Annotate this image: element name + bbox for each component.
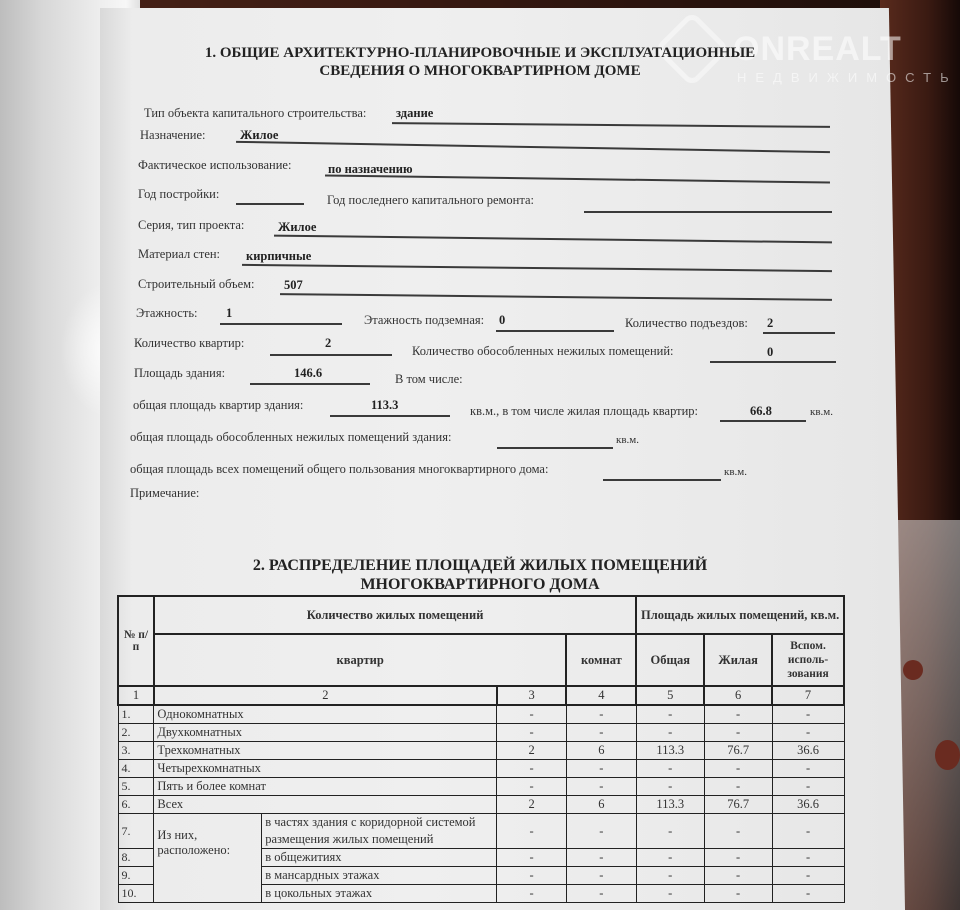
apartments-label: Количество квартир: <box>134 336 244 351</box>
cell-living: - <box>704 760 772 778</box>
cell-apts: - <box>497 778 567 796</box>
non-res-area-field <box>497 447 613 449</box>
row-name: Однокомнатных <box>154 705 497 724</box>
apartments-area-label: общая площадь квартир здания: <box>133 398 303 413</box>
cell-total: - <box>636 760 704 778</box>
header-num: № п/п <box>118 596 154 686</box>
row-number: 1. <box>118 705 154 724</box>
section1-title-line1: 1. ОБЩИЕ АРХИТЕКТУРНО-ПЛАНИРОВОЧНЫЕ И ЭК… <box>150 44 810 62</box>
cell-apts: - <box>497 724 567 742</box>
living-area-label: кв.м., в том числе жилая площадь квартир… <box>470 404 698 419</box>
cell-rooms: - <box>566 778 636 796</box>
table-row: 5.Пять и более комнат----- <box>118 778 844 796</box>
row-number: 6. <box>118 796 154 814</box>
common-area-unit: кв.м. <box>724 466 747 478</box>
row-number: 9. <box>118 867 154 885</box>
non-residential-value: 0 <box>767 345 773 360</box>
row-number: 4. <box>118 760 154 778</box>
cell-apts: - <box>497 705 567 724</box>
last-repair-label: Год последнего капитального ремонта: <box>327 193 534 208</box>
col-num: 6 <box>704 686 772 705</box>
header-total: Общая <box>636 634 704 686</box>
header-aux: Вспом. исполь-зования <box>772 634 844 686</box>
row-name: в мансардных этажах <box>262 867 497 885</box>
col-num: 2 <box>154 686 497 705</box>
building-area-value: 146.6 <box>294 366 322 381</box>
cell-rooms: - <box>566 867 636 885</box>
cell-living: 76.7 <box>704 796 772 814</box>
header-apartments: квартир <box>154 634 567 686</box>
row-number: 10. <box>118 885 154 903</box>
common-area-label: общая площадь всех помещений общего поль… <box>130 462 548 477</box>
row-name: в общежитиях <box>262 849 497 867</box>
non-res-area-label: общая площадь обособленных нежилых помещ… <box>130 430 451 445</box>
cell-aux: - <box>772 885 844 903</box>
cell-living: 76.7 <box>704 742 772 760</box>
build-year-field <box>236 203 304 205</box>
table-row: 6.Всех26113.376.736.6 <box>118 796 844 814</box>
common-area-field <box>603 479 721 481</box>
col-num: 4 <box>566 686 636 705</box>
cell-aux: - <box>772 724 844 742</box>
section2-title-line1: 2. РАСПРЕДЕЛЕНИЕ ПЛОЩАДЕЙ ЖИЛЫХ ПОМЕЩЕНИ… <box>200 556 760 575</box>
col-num: 7 <box>772 686 844 705</box>
cell-apts: - <box>497 885 567 903</box>
table-row: 7.Из них, расположено:в частях здания с … <box>118 814 844 849</box>
table-row: 3.Трехкомнатных26113.376.736.6 <box>118 742 844 760</box>
living-area-value: 66.8 <box>750 404 772 419</box>
series-label: Серия, тип проекта: <box>138 218 244 233</box>
apartments-value: 2 <box>325 336 331 351</box>
entrances-label: Количество подъездов: <box>625 316 748 331</box>
cell-living: - <box>704 867 772 885</box>
building-area-label: Площадь здания: <box>134 366 225 381</box>
non-residential-label: Количество обособленных нежилых помещени… <box>412 344 673 359</box>
underline <box>220 323 342 325</box>
cell-rooms: - <box>566 885 636 903</box>
cell-apts: - <box>497 760 567 778</box>
row-number: 2. <box>118 724 154 742</box>
volume-label: Строительный объем: <box>138 277 255 292</box>
cell-rooms: - <box>566 724 636 742</box>
cell-total: - <box>636 885 704 903</box>
non-res-area-unit: кв.м. <box>616 434 639 446</box>
cell-apts: 2 <box>497 796 567 814</box>
header-rooms: комнат <box>566 634 636 686</box>
section1-title: 1. ОБЩИЕ АРХИТЕКТУРНО-ПЛАНИРОВОЧНЫЕ И ЭК… <box>150 44 810 80</box>
header-count-group: Количество жилых помещений <box>154 596 636 634</box>
cell-aux: - <box>772 867 844 885</box>
including-label: В том числе: <box>395 372 463 387</box>
cell-living: - <box>704 814 772 849</box>
underline <box>270 354 392 356</box>
cell-total: - <box>636 705 704 724</box>
section2-title-line2: МНОГОКВАРТИРНОГО ДОМА <box>200 575 760 594</box>
area-distribution-table: № п/п Количество жилых помещений Площадь… <box>117 595 845 903</box>
underground-floors-label: Этажность подземная: <box>364 313 484 328</box>
row-name: Четырехкомнатных <box>154 760 497 778</box>
cell-aux: - <box>772 705 844 724</box>
punch-hole <box>903 660 923 680</box>
cell-total: - <box>636 849 704 867</box>
volume-value: 507 <box>284 278 303 293</box>
cell-apts: 2 <box>497 742 567 760</box>
cell-aux: - <box>772 814 844 849</box>
located-label: Из них, расположено: <box>154 814 262 903</box>
wall-material-value: кирпичные <box>246 249 311 264</box>
object-type-value: здание <box>396 106 433 121</box>
cell-living: - <box>704 724 772 742</box>
underline <box>763 332 835 334</box>
cell-total: - <box>636 778 704 796</box>
col-num: 5 <box>636 686 704 705</box>
cell-rooms: - <box>566 849 636 867</box>
living-area-unit: кв.м. <box>810 406 833 418</box>
cell-apts: - <box>497 867 567 885</box>
cell-aux: 36.6 <box>772 796 844 814</box>
underline <box>710 361 836 363</box>
cell-rooms: - <box>566 760 636 778</box>
cell-apts: - <box>497 849 567 867</box>
table-row: 1.Однокомнатных----- <box>118 705 844 724</box>
section1-title-line2: СВЕДЕНИЯ О МНОГОКВАРТИРНОМ ДОМЕ <box>150 62 810 80</box>
row-number: 5. <box>118 778 154 796</box>
header-area-group: Площадь жилых помещений, кв.м. <box>636 596 844 634</box>
cell-total: - <box>636 814 704 849</box>
cell-living: - <box>704 778 772 796</box>
row-name: в цокольных этажах <box>262 885 497 903</box>
underline <box>496 330 614 332</box>
floors-value: 1 <box>226 306 232 321</box>
underline <box>720 420 806 422</box>
series-value: Жилое <box>278 220 316 235</box>
column-numbers-row: 1 2 3 4 5 6 7 <box>118 686 844 705</box>
row-name: Всех <box>154 796 497 814</box>
col-num: 1 <box>118 686 154 705</box>
cell-aux: - <box>772 760 844 778</box>
row-number: 8. <box>118 849 154 867</box>
object-type-label: Тип объекта капитального строительства: <box>144 106 366 121</box>
cell-total: 113.3 <box>636 742 704 760</box>
cell-apts: - <box>497 814 567 849</box>
cell-total: - <box>636 724 704 742</box>
note-label: Примечание: <box>130 486 199 501</box>
cell-living: - <box>704 885 772 903</box>
entrances-value: 2 <box>767 316 773 331</box>
cell-total: - <box>636 867 704 885</box>
cell-rooms: - <box>566 814 636 849</box>
last-repair-field <box>584 211 832 213</box>
table-row: 2.Двухкомнатных----- <box>118 724 844 742</box>
underline <box>250 383 370 385</box>
header-living: Жилая <box>704 634 772 686</box>
row-number: 3. <box>118 742 154 760</box>
cell-aux: - <box>772 849 844 867</box>
purpose-label: Назначение: <box>140 128 206 143</box>
apartments-area-value: 113.3 <box>371 398 398 413</box>
row-name: Пять и более комнат <box>154 778 497 796</box>
cell-living: - <box>704 705 772 724</box>
cell-aux: - <box>772 778 844 796</box>
cell-rooms: - <box>566 705 636 724</box>
wall-material-label: Материал стен: <box>138 247 220 262</box>
actual-use-label: Фактическое использование: <box>138 158 291 173</box>
build-year-label: Год постройки: <box>138 187 219 202</box>
table-row: 4.Четырехкомнатных----- <box>118 760 844 778</box>
row-number: 7. <box>118 814 154 849</box>
section2-title: 2. РАСПРЕДЕЛЕНИЕ ПЛОЩАДЕЙ ЖИЛЫХ ПОМЕЩЕНИ… <box>200 556 760 594</box>
row-name: Двухкомнатных <box>154 724 497 742</box>
floors-label: Этажность: <box>136 306 198 321</box>
cell-rooms: 6 <box>566 796 636 814</box>
cell-total: 113.3 <box>636 796 704 814</box>
punch-hole <box>935 740 960 770</box>
row-name: Трехкомнатных <box>154 742 497 760</box>
cell-aux: 36.6 <box>772 742 844 760</box>
underground-floors-value: 0 <box>499 313 505 328</box>
cell-living: - <box>704 849 772 867</box>
row-name: в частях здания с коридорной системой ра… <box>262 814 497 849</box>
cell-rooms: 6 <box>566 742 636 760</box>
col-num: 3 <box>497 686 567 705</box>
underline <box>330 415 450 417</box>
